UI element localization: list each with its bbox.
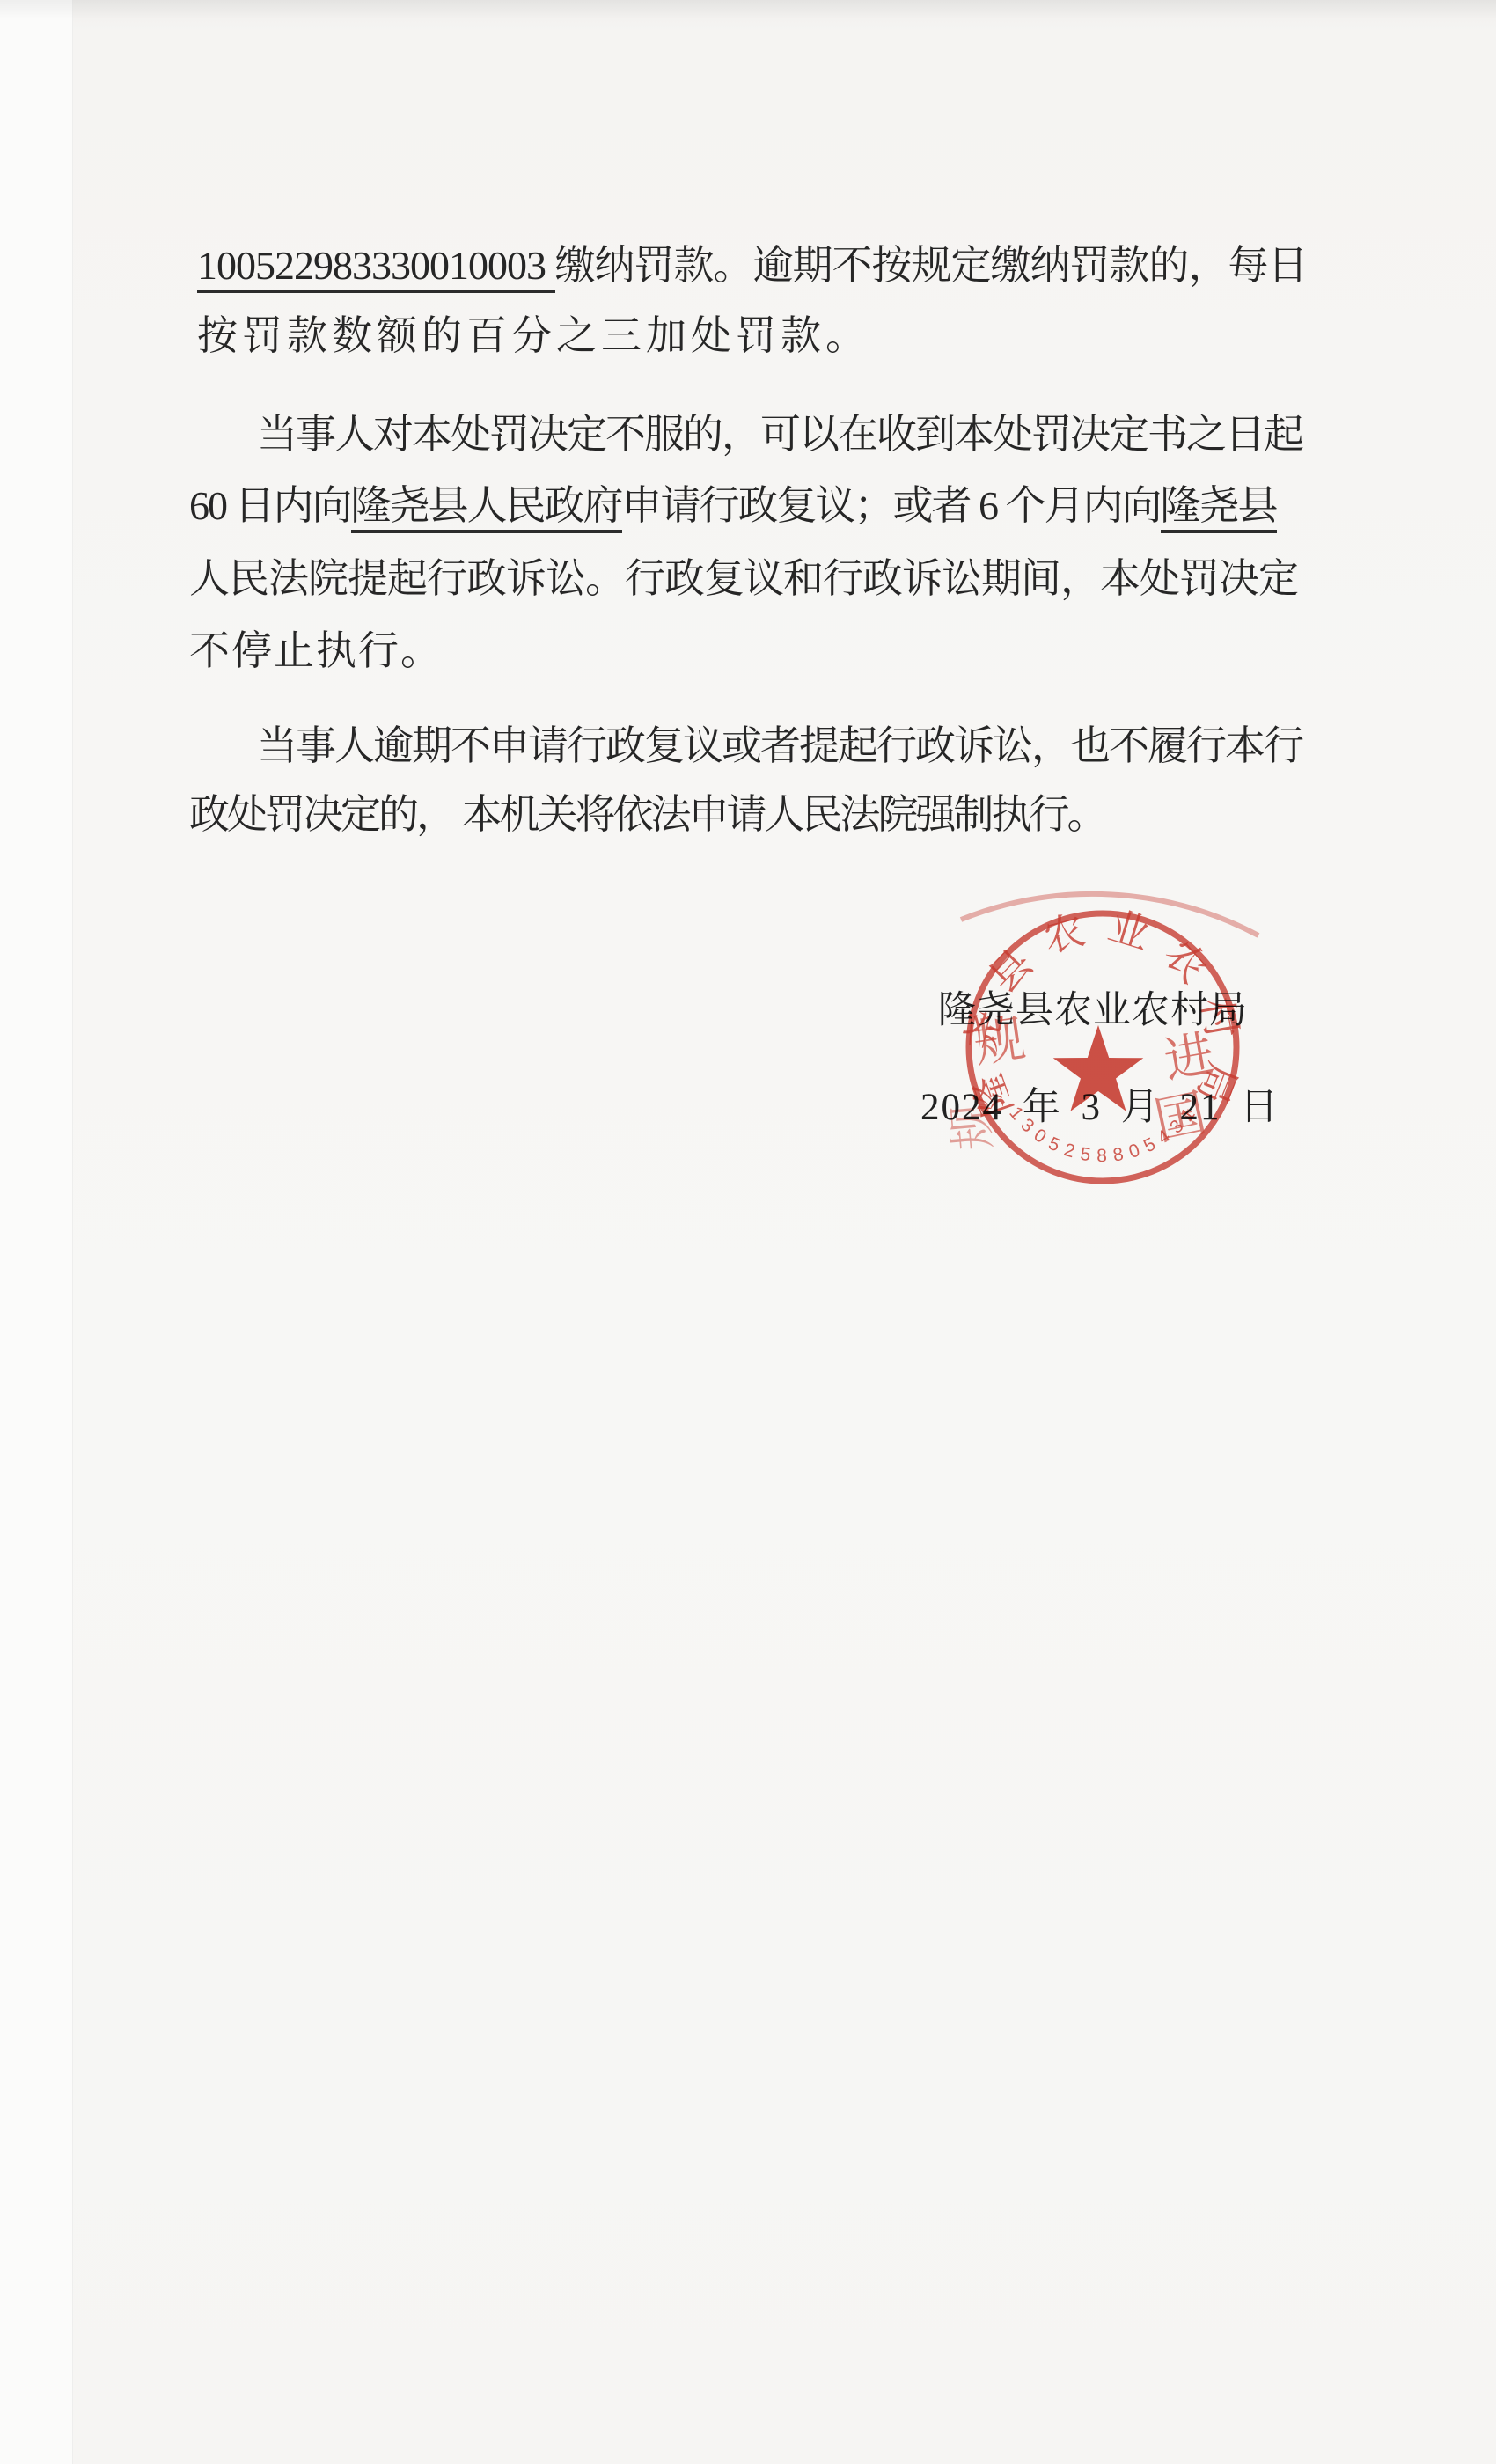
body-line: 当事人逾期不申请行政复议或者提起行政诉讼，也不履行本行 xyxy=(257,723,1302,769)
text-segment: 缴纳罚款。逾期不按规定缴纳罚款的，每日 xyxy=(555,243,1308,288)
text-segment: 当事人对本处罚决定不服的，可以在收到本处罚决定书之日起 xyxy=(257,412,1302,457)
body-line: 政处罚决定的， 本机关将依法申请人民法院强制执行。 xyxy=(189,792,1105,838)
body-line: 100522983330010003 缴纳罚款。逾期不按规定缴纳罚款的，每日 xyxy=(197,243,1308,289)
scan-left-edge xyxy=(0,0,73,2464)
seal-star-icon xyxy=(1053,1025,1144,1111)
text-segment: 当事人逾期不申请行政复议或者提起行政诉讼，也不履行本行 xyxy=(257,723,1302,768)
body-line: 人民法院提起行政诉讼。行政复议和行政诉讼期间，本处罚决定 xyxy=(189,556,1298,602)
body-line: 按罚款数额的百分之三加处罚款。 xyxy=(197,313,870,359)
underlined-text: 隆尧县 xyxy=(1161,483,1277,533)
text-segment: 按罚款数额的百分之三加处罚款。 xyxy=(197,313,870,358)
seal-stray-mark: 进 xyxy=(1160,1027,1218,1089)
body-line: 60 日内向隆尧县人民政府申请行政复议；或者 6 个月内向隆尧县 xyxy=(189,483,1277,529)
underlined-text: 隆尧县人民政府 xyxy=(351,483,622,533)
text-segment: 人民法院提起行政诉讼。行政复议和行政诉讼期间，本处罚决定 xyxy=(189,556,1298,601)
official-seal-stamp: 隆尧县农业农村局 1305258805431 规 规 进 国 xyxy=(950,858,1267,1236)
text-segment: 政处罚决定的， 本机关将依法申请人民法院强制执行。 xyxy=(189,792,1105,837)
seal-stray-mark: 规 xyxy=(950,1100,1001,1152)
underlined-text: 100522983330010003 xyxy=(197,243,555,293)
scanned-document-page: 100522983330010003 缴纳罚款。逾期不按规定缴纳罚款的，每日按罚… xyxy=(0,0,1496,2464)
body-line: 当事人对本处罚决定不服的，可以在收到本处罚决定书之日起 xyxy=(257,412,1302,458)
scan-top-shadow xyxy=(0,0,1496,19)
text-segment: 60 日内向 xyxy=(189,483,351,528)
seal-stray-mark: 规 xyxy=(971,1009,1029,1073)
body-line: 不停止执行。 xyxy=(189,628,443,674)
text-segment: 申请行政复议；或者 6 个月内向 xyxy=(622,483,1161,528)
text-segment: 不停止执行。 xyxy=(189,628,443,673)
